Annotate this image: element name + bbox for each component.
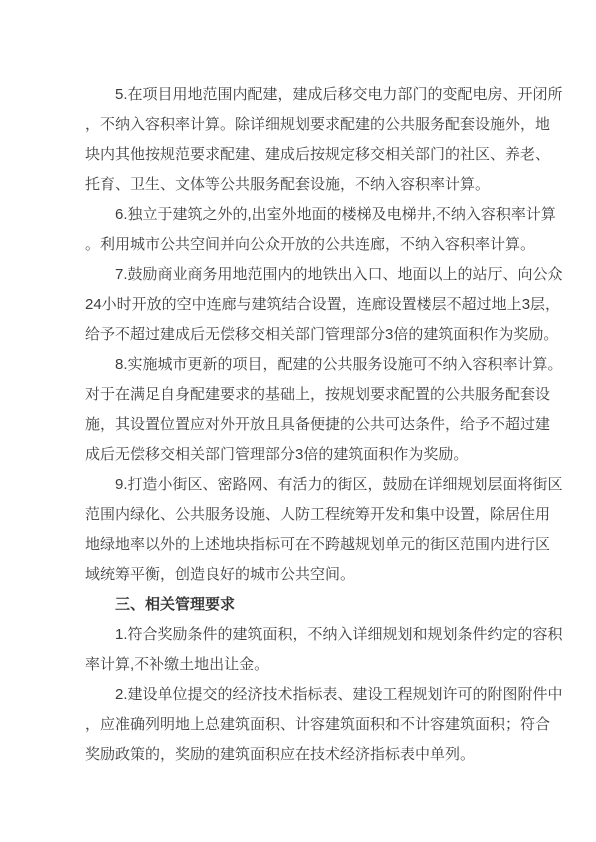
text-line: 。利用城市公共空间并向公众开放的公共连廊，不纳入容积率计算。 bbox=[85, 230, 541, 260]
text-line: ，不纳入容积率计算。除详细规划要求配建的公共服务配套设施外，地 bbox=[85, 110, 541, 140]
text-line: 7.鼓励商业商务用地范围内的地铁出入口、地面以上的站厅、向公众 bbox=[85, 260, 541, 290]
document-body: 5.在项目用地范围内配建，建成后移交电力部门的变配电房、开闭所，不纳入容积率计算… bbox=[85, 80, 541, 770]
text-line: 率计算,不补缴土地出让金。 bbox=[85, 650, 541, 680]
text-line: 8.实施城市更新的项目，配建的公共服务设施可不纳入容积率计算。 bbox=[85, 350, 541, 380]
text-line: 1.符合奖励条件的建筑面积，不纳入详细规划和规划条件约定的容积 bbox=[85, 620, 541, 650]
text-line: 9.打造小街区、密路网、有活力的街区，鼓励在详细规划层面将街区 bbox=[85, 470, 541, 500]
paragraph: 6.独立于建筑之外的,出室外地面的楼梯及电梯井,不纳入容积率计算。利用城市公共空… bbox=[85, 200, 541, 260]
paragraph: 2.建设单位提交的经济技术指标表、建设工程规划许可的附图附件中，应准确列明地上总… bbox=[85, 680, 541, 770]
paragraph: 5.在项目用地范围内配建，建成后移交电力部门的变配电房、开闭所，不纳入容积率计算… bbox=[85, 80, 541, 200]
text-line: 块内其他按规范要求配建、建成后按规定移交相关部门的社区、养老、 bbox=[85, 140, 541, 170]
text-line: 给予不超过建成后无偿移交相关部门管理部分3倍的建筑面积作为奖励。 bbox=[85, 320, 541, 350]
text-line: 6.独立于建筑之外的,出室外地面的楼梯及电梯井,不纳入容积率计算 bbox=[85, 200, 541, 230]
text-line: 地绿地率以外的上述地块指标可在不跨越规划单元的街区范围内进行区 bbox=[85, 530, 541, 560]
section-heading: 三、相关管理要求 bbox=[85, 590, 541, 620]
text-line: 2.建设单位提交的经济技术指标表、建设工程规划许可的附图附件中 bbox=[85, 680, 541, 710]
text-line: 域统筹平衡，创造良好的城市公共空间。 bbox=[85, 560, 541, 590]
text-line: 范围内绿化、公共服务设施、人防工程统筹开发和集中设置，除居住用 bbox=[85, 500, 541, 530]
document-page: 5.在项目用地范围内配建，建成后移交电力部门的变配电房、开闭所，不纳入容积率计算… bbox=[0, 0, 596, 842]
text-line: 施，其设置位置应对外开放且具备便捷的公共可达条件，给予不超过建 bbox=[85, 410, 541, 440]
text-line: 5.在项目用地范围内配建，建成后移交电力部门的变配电房、开闭所 bbox=[85, 80, 541, 110]
heading-text: 三、相关管理要求 bbox=[85, 590, 541, 620]
text-line: 托育、卫生、文体等公共服务配套设施，不纳入容积率计算。 bbox=[85, 170, 541, 200]
paragraph: 8.实施城市更新的项目，配建的公共服务设施可不纳入容积率计算。对于在满足自身配建… bbox=[85, 350, 541, 470]
text-line: ，应准确列明地上总建筑面积、计容建筑面积和不计容建筑面积；符合 bbox=[85, 710, 541, 740]
text-line: 对于在满足自身配建要求的基础上，按规划要求配置的公共服务配套设 bbox=[85, 380, 541, 410]
text-line: 成后无偿移交相关部门管理部分3倍的建筑面积作为奖励。 bbox=[85, 440, 541, 470]
paragraph: 9.打造小街区、密路网、有活力的街区，鼓励在详细规划层面将街区范围内绿化、公共服… bbox=[85, 470, 541, 590]
paragraph: 1.符合奖励条件的建筑面积，不纳入详细规划和规划条件约定的容积率计算,不补缴土地… bbox=[85, 620, 541, 680]
text-line: 奖励政策的，奖励的建筑面积应在技术经济指标表中单列。 bbox=[85, 740, 541, 770]
paragraph: 7.鼓励商业商务用地范围内的地铁出入口、地面以上的站厅、向公众24小时开放的空中… bbox=[85, 260, 541, 350]
text-line: 24小时开放的空中连廊与建筑结合设置，连廊设置楼层不超过地上3层， bbox=[85, 290, 541, 320]
